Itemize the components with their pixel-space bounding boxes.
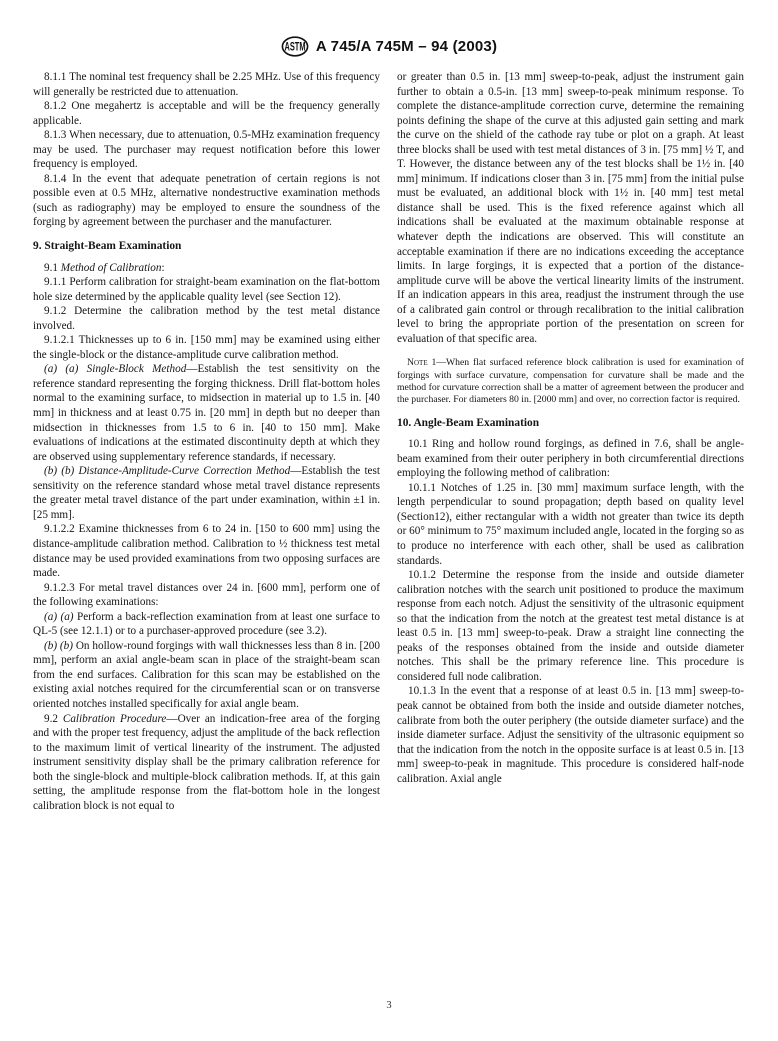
paragraph-9-1: 9.1 Method of Calibration:: [33, 261, 380, 276]
paragraph-9-1-2-2: 9.1.2.2 Examine thicknesses from 6 to 24…: [33, 522, 380, 580]
paragraph-8-1-3: 8.1.3 When necessary, due to attenuation…: [33, 128, 380, 172]
paragraph-10-1-2: 10.1.2 Determine the response from the i…: [397, 568, 744, 684]
astm-logo-icon: ASTM: [281, 36, 309, 57]
svg-text:ASTM: ASTM: [284, 42, 305, 54]
paragraph-10-1: 10.1 Ring and hollow round forgings, as …: [397, 437, 744, 481]
document-page: ASTM A 745/A 745M – 94 (2003) 8.1.1 The …: [0, 0, 778, 1041]
paragraph-9-1-2: 9.1.2 Determine the calibration method b…: [33, 304, 380, 333]
note-1: Note 1—When flat surfaced reference bloc…: [397, 357, 744, 406]
paragraph-9-1-2-3: 9.1.2.3 For metal travel distances over …: [33, 581, 380, 610]
section-heading-10: 10. Angle-Beam Examination: [397, 416, 744, 431]
section-heading-9: 9. Straight-Beam Examination: [33, 239, 380, 254]
paragraph-single-block-method: (a) (a) Single-Block Method—Establish th…: [33, 362, 380, 464]
paragraph-8-1-1: 8.1.1 The nominal test frequency shall b…: [33, 70, 380, 99]
document-header: ASTM A 745/A 745M – 94 (2003): [0, 36, 778, 57]
page-number: 3: [0, 1000, 778, 1011]
paragraph-9-1-2-1: 9.1.2.1 Thicknesses up to 6 in. [150 mm]…: [33, 333, 380, 362]
paragraph-9-1-1: 9.1.1 Perform calibration for straight-b…: [33, 275, 380, 304]
paragraph-9-1-2-3-a: (a) (a) Perform a back-reflection examin…: [33, 610, 380, 639]
paragraph-dac-correction-method: (b) (b) Distance-Amplitude-Curve Correct…: [33, 464, 380, 522]
right-column: or greater than 0.5 in. [13 mm] sweep-to…: [397, 70, 744, 813]
paragraph-8-1-2: 8.1.2 One megahertz is acceptable and wi…: [33, 99, 380, 128]
two-column-body: 8.1.1 The nominal test frequency shall b…: [33, 70, 745, 813]
paragraph-9-1-2-3-b: (b) (b) On hollow-round forgings with wa…: [33, 639, 380, 712]
paragraph-10-1-3: 10.1.3 In the event that a response of a…: [397, 684, 744, 786]
left-column: 8.1.1 The nominal test frequency shall b…: [33, 70, 380, 813]
paragraph-9-2: 9.2 Calibration Procedure—Over an indica…: [33, 712, 380, 814]
paragraph-10-1-1: 10.1.1 Notches of 1.25 in. [30 mm] maxim…: [397, 481, 744, 568]
paragraph-8-1-4: 8.1.4 In the event that adequate penetra…: [33, 172, 380, 230]
paragraph-9-2-continued: or greater than 0.5 in. [13 mm] sweep-to…: [397, 70, 744, 346]
document-title: A 745/A 745M – 94 (2003): [316, 38, 497, 55]
